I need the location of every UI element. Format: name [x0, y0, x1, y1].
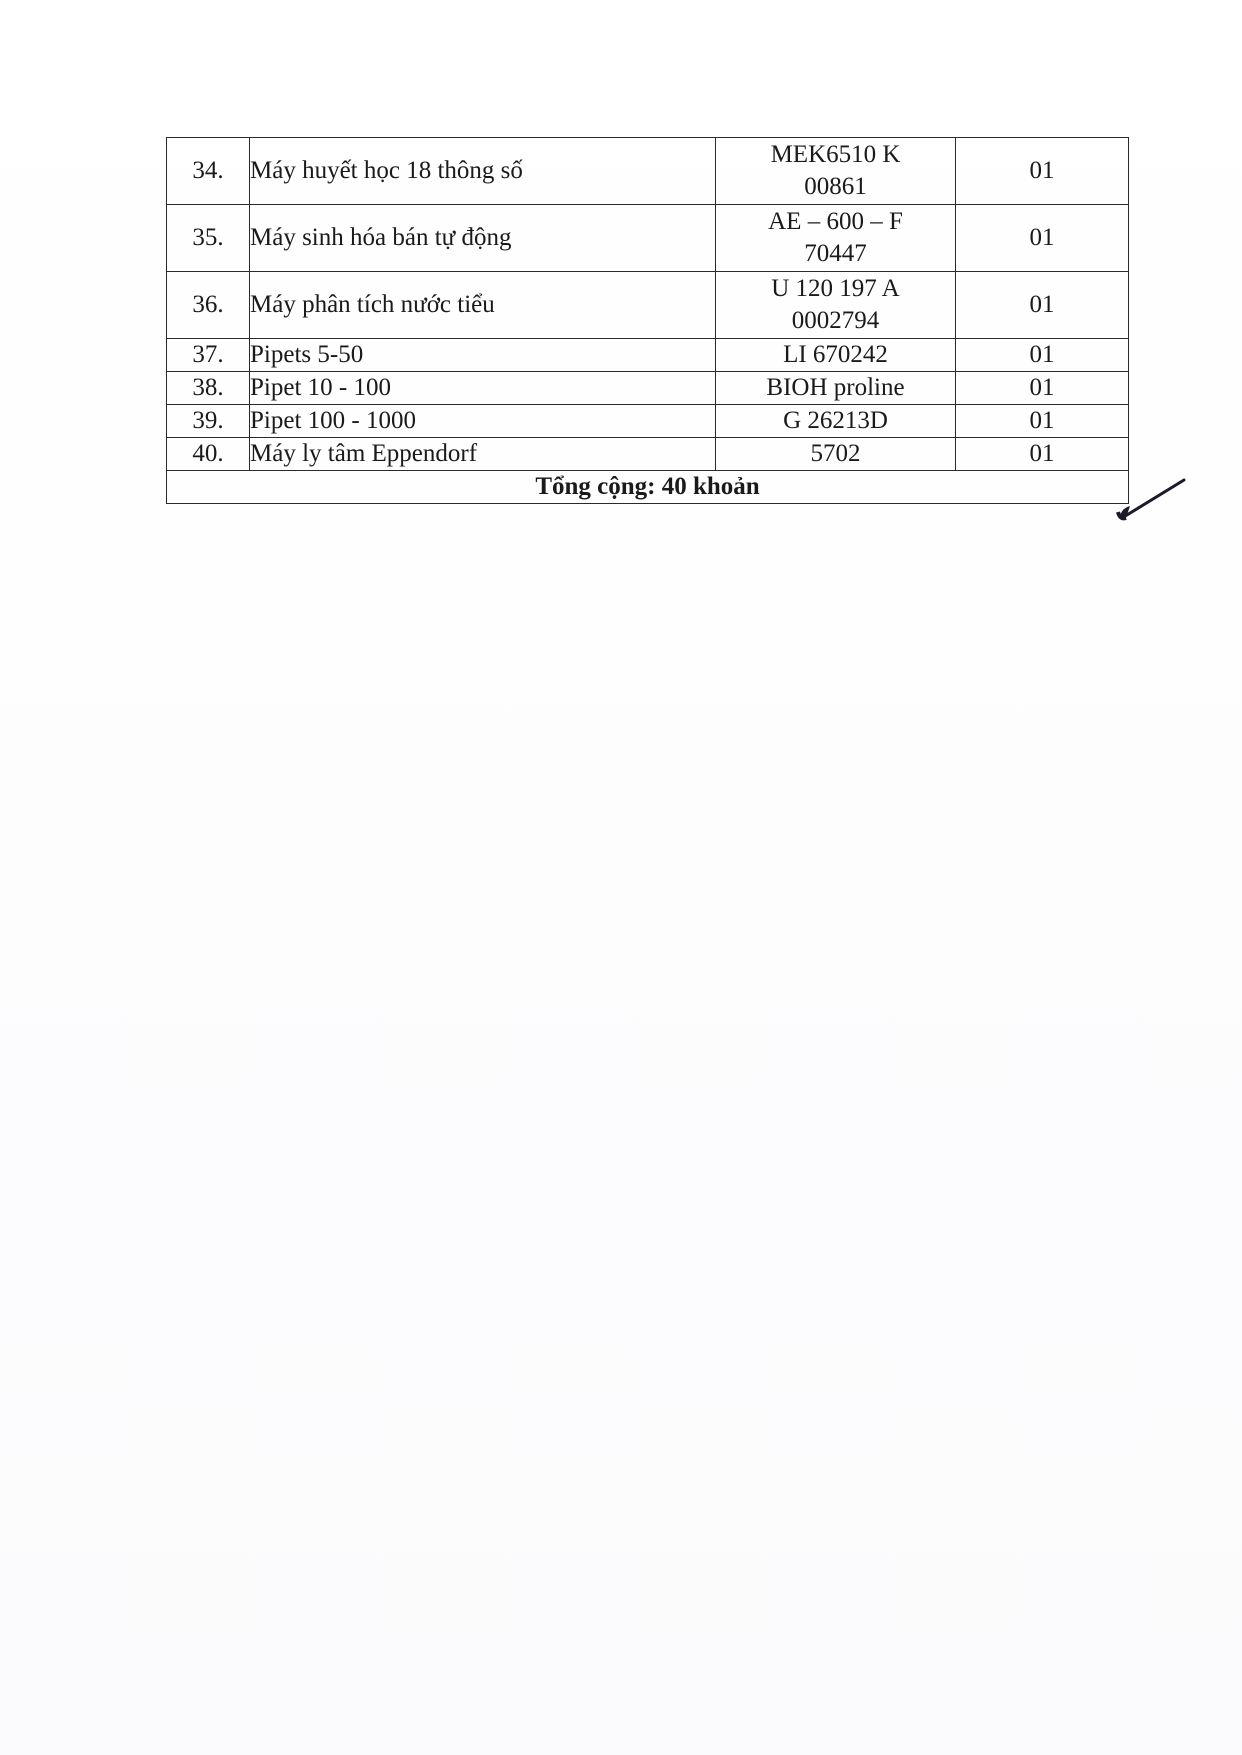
table-row: 36.Máy phân tích nước tiểuU 120 197 A000… [167, 272, 1129, 339]
equipment-name: Máy ly tâm Eppendorf [250, 438, 716, 471]
equipment-name: Pipet 10 - 100 [250, 372, 716, 405]
total-row: Tổng cộng: 40 khoản [167, 471, 1129, 504]
table-row: 37.Pipets 5-50LI 67024201 [167, 339, 1129, 372]
row-number: 40. [167, 438, 250, 471]
serial-line: 5702 [716, 439, 955, 469]
equipment-name: Pipet 100 - 1000 [250, 405, 716, 438]
serial-line: 00861 [716, 171, 955, 203]
table-row: 39.Pipet 100 - 1000G 26213D01 [167, 405, 1129, 438]
serial-line: BIOH proline [716, 373, 955, 403]
quantity: 01 [956, 372, 1129, 405]
serial-line: G 26213D [716, 406, 955, 436]
row-number: 36. [167, 272, 250, 339]
row-number: 37. [167, 339, 250, 372]
serial-number: MEK6510 K00861 [716, 138, 956, 205]
serial-line: LI 670242 [716, 340, 955, 370]
quantity: 01 [956, 272, 1129, 339]
serial-number: AE – 600 – F70447 [716, 205, 956, 272]
quantity: 01 [956, 438, 1129, 471]
equipment-table-body: 34.Máy huyết học 18 thông sốMEK6510 K008… [167, 138, 1129, 504]
serial-line: U 120 197 A [716, 273, 955, 305]
table-row: 40.Máy ly tâm Eppendorf570201 [167, 438, 1129, 471]
serial-line: AE – 600 – F [716, 206, 955, 238]
serial-number: G 26213D [716, 405, 956, 438]
equipment-name: Pipets 5-50 [250, 339, 716, 372]
table-row: 35.Máy sinh hóa bán tự độngAE – 600 – F7… [167, 205, 1129, 272]
quantity: 01 [956, 138, 1129, 205]
serial-line: 0002794 [716, 305, 955, 337]
equipment-name: Máy phân tích nước tiểu [250, 272, 716, 339]
serial-number: BIOH proline [716, 372, 956, 405]
row-number: 39. [167, 405, 250, 438]
serial-number: U 120 197 A0002794 [716, 272, 956, 339]
total-label: Tổng cộng: 40 khoản [167, 471, 1129, 504]
row-number: 35. [167, 205, 250, 272]
equipment-name: Máy huyết học 18 thông số [250, 138, 716, 205]
table-row: 38.Pipet 10 - 100BIOH proline01 [167, 372, 1129, 405]
checkmark-icon [1112, 472, 1192, 532]
quantity: 01 [956, 339, 1129, 372]
quantity: 01 [956, 205, 1129, 272]
equipment-name: Máy sinh hóa bán tự động [250, 205, 716, 272]
serial-number: LI 670242 [716, 339, 956, 372]
row-number: 34. [167, 138, 250, 205]
equipment-table: 34.Máy huyết học 18 thông sốMEK6510 K008… [166, 137, 1129, 504]
table-row: 34.Máy huyết học 18 thông sốMEK6510 K008… [167, 138, 1129, 205]
serial-number: 5702 [716, 438, 956, 471]
row-number: 38. [167, 372, 250, 405]
quantity: 01 [956, 405, 1129, 438]
serial-line: MEK6510 K [716, 139, 955, 171]
serial-line: 70447 [716, 238, 955, 270]
